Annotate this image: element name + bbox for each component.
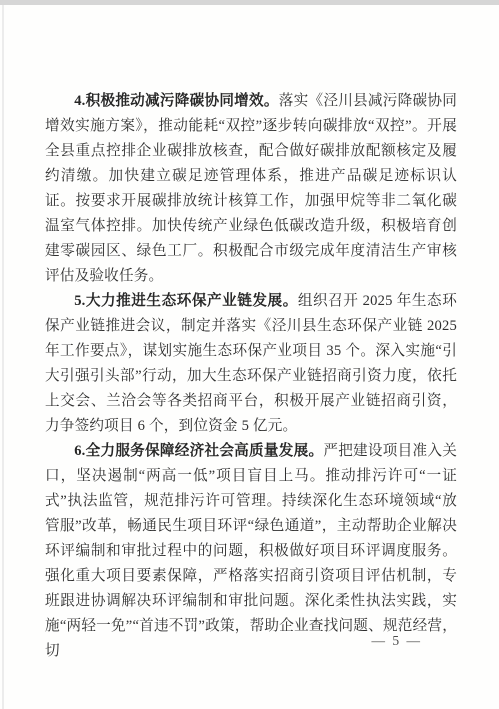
document-body: 4.积极推动减污降碳协同增效。落实《泾川县减污降碳协同增效实施方案》，推动能耗“…	[45, 89, 457, 664]
page-number: — 5 —	[372, 633, 423, 648]
scan-edge-left	[2, 5, 4, 709]
paragraph-body-4: 落实《泾川县减污降碳协同增效实施方案》，推动能耗“双控”逐步转向碳排放“双控”。…	[45, 93, 457, 284]
paragraph-heading-4: 4.积极推动减污降碳协同增效。	[74, 93, 279, 109]
paragraph-item-4: 4.积极推动减污降碳协同增效。落实《泾川县减污降碳协同增效实施方案》，推动能耗“…	[45, 89, 457, 289]
paragraph-heading-6: 6.全力服务保障经济社会高质量发展。	[74, 443, 323, 459]
paragraph-item-5: 5.大力推进生态环保产业链发展。组织召开 2025 年生态环保产业链推进会议，制…	[45, 289, 457, 439]
paragraph-heading-5: 5.大力推进生态环保产业链发展。	[74, 293, 298, 309]
paragraph-body-6: 严把建设项目准入关口，坚决遏制“两高一低”项目盲目上马。推动排污许可“一证式”执…	[45, 443, 457, 659]
scan-edge-top	[0, 0, 499, 5]
document-page: 4.积极推动减污降碳协同增效。落实《泾川县减污降碳协同增效实施方案》，推动能耗“…	[0, 0, 499, 709]
paragraph-item-6: 6.全力服务保障经济社会高质量发展。严把建设项目准入关口，坚决遏制“两高一低”项…	[45, 439, 457, 664]
paragraph-body-5: 组织召开 2025 年生态环保产业链推进会议，制定并落实《泾川县生态环保产业链 …	[45, 293, 457, 434]
